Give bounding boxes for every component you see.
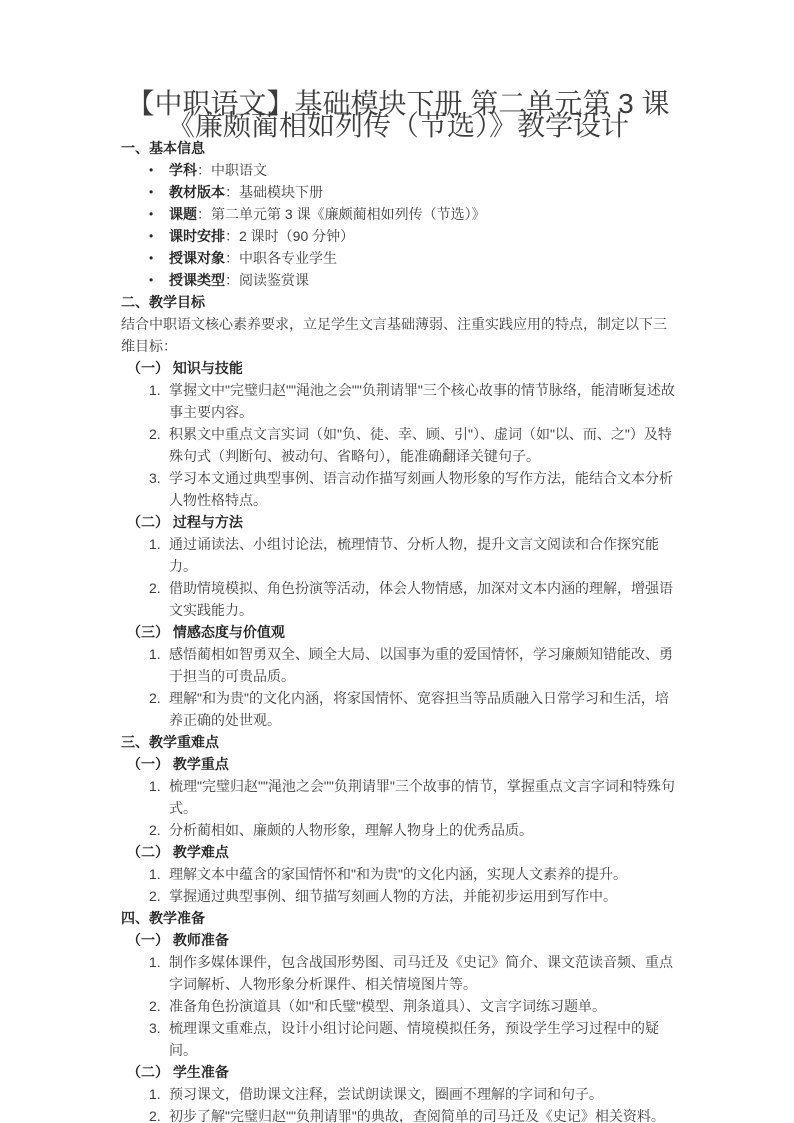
numbered-list: 1. 预习课文，借助课文注释，尝试朗读课文，圈画不理解的字词和句子。 2. 初步…: [121, 1083, 675, 1123]
subsection: （二） 学生准备 1. 预习课文，借助课文注释，尝试朗读课文，圈画不理解的字词和…: [121, 1061, 675, 1123]
item-number: 1.: [149, 863, 161, 885]
numbered-item: 2. 初步了解"完璧归赵""负荆请罪"的典故，查阅简单的司马迁及《史记》相关资料…: [121, 1105, 675, 1123]
bullet-icon: •: [149, 269, 153, 291]
item-text: 感悟蔺相如智勇双全、顾全大局、以国事为重的爱国情怀，学习廉颇知错能改、勇于担当的…: [169, 646, 673, 684]
field-label: 课题: [169, 206, 197, 222]
item-text: 分析蔺相如、廉颇的人物形象，理解人物身上的优秀品质。: [169, 822, 533, 838]
item-text: 准备角色扮演道具（如"和氏璧"模型、荆条道具）、文言字词练习题单。: [169, 998, 606, 1014]
numbered-item: 3. 梳理课文重难点，设计小组讨论问题、情境模拟任务，预设学生学习过程中的疑问。: [121, 1017, 675, 1061]
subsection: （三） 情感态度与价值观 1. 感悟蔺相如智勇双全、顾全大局、以国事为重的爱国情…: [121, 621, 675, 731]
subsection-heading: （一） 教师准备: [127, 929, 675, 951]
section-heading: 二、教学目标: [121, 291, 675, 313]
item-number: 1.: [149, 533, 161, 555]
item-number: 3.: [149, 1017, 161, 1039]
item-number: 2.: [149, 577, 161, 599]
field-value: ：中职语文: [197, 162, 267, 178]
bullet-list: • 学科：中职语文 • 教材版本：基础模块下册 • 课题：第二单元第 3 课《廉…: [121, 159, 675, 291]
subsection: （一） 教学重点 1. 梳理"完璧归赵""渑池之会""负荆请罪"三个故事的情节，…: [121, 753, 675, 841]
item-number: 2.: [149, 885, 161, 907]
item-text: 梳理"完璧归赵""渑池之会""负荆请罪"三个故事的情节，掌握重点文言字词和特殊句…: [169, 778, 675, 816]
info-list-item: • 学科：中职语文: [121, 159, 675, 181]
numbered-item: 2. 积累文中重点文言实词（如"负、徒、幸、顾、引"）、虚词（如"以、而、之"）…: [121, 423, 675, 467]
item-text: 预习课文，借助课文注释，尝试朗读课文，圈画不理解的字词和句子。: [169, 1086, 603, 1102]
item-text: 梳理课文重难点，设计小组讨论问题、情境模拟任务，预设学生学习过程中的疑问。: [169, 1020, 659, 1058]
bullet-icon: •: [149, 225, 153, 247]
numbered-list: 1. 感悟蔺相如智勇双全、顾全大局、以国事为重的爱国情怀，学习廉颇知错能改、勇于…: [121, 643, 675, 731]
item-number: 2.: [149, 1105, 161, 1123]
item-number: 1.: [149, 1083, 161, 1105]
document-section: 一、基本信息 • 学科：中职语文 • 教材版本：基础模块下册 • 课题：第二单元…: [121, 137, 675, 291]
numbered-list: 1. 通过诵读法、小组讨论法，梳理情节、分析人物，提升文言文阅读和合作探究能力。…: [121, 533, 675, 621]
subsection: （二） 教学难点 1. 理解文本中蕴含的家国情怀和"和为贵"的文化内涵，实现人文…: [121, 841, 675, 907]
numbered-item: 1. 预习课文，借助课文注释，尝试朗读课文，圈画不理解的字词和句子。: [121, 1083, 675, 1105]
numbered-list: 1. 梳理"完璧归赵""渑池之会""负荆请罪"三个故事的情节，掌握重点文言字词和…: [121, 775, 675, 841]
item-number: 1.: [149, 379, 161, 401]
field-value: ：第二单元第 3 课《廉颇蔺相如列传（节选）》: [197, 206, 486, 222]
field-value: ：2 课时（90 分钟）: [225, 228, 354, 244]
numbered-item: 2. 准备角色扮演道具（如"和氏璧"模型、荆条道具）、文言字词练习题单。: [121, 995, 675, 1017]
numbered-list: 1. 制作多媒体课件，包含战国形势图、司马迁及《史记》简介、课文范读音频、重点字…: [121, 951, 675, 1061]
field-label: 授课类型: [169, 272, 225, 288]
numbered-item: 1. 感悟蔺相如智勇双全、顾全大局、以国事为重的爱国情怀，学习廉颇知错能改、勇于…: [121, 643, 675, 687]
bullet-icon: •: [149, 159, 153, 181]
numbered-item: 1. 制作多媒体课件，包含战国形势图、司马迁及《史记》简介、课文范读音频、重点字…: [121, 951, 675, 995]
document-title: 【中职语文】基础模块下册 第二单元第 3 课《廉颇蔺相如列传（节选）》教学设计: [121, 93, 675, 137]
item-text: 初步了解"完璧归赵""负荆请罪"的典故，查阅简单的司马迁及《史记》相关资料。: [169, 1108, 665, 1123]
item-text: 通过诵读法、小组讨论法，梳理情节、分析人物，提升文言文阅读和合作探究能力。: [169, 536, 659, 574]
bullet-icon: •: [149, 181, 153, 203]
info-list-item: • 授课对象：中职各专业学生: [121, 247, 675, 269]
info-list-item: • 教材版本：基础模块下册: [121, 181, 675, 203]
info-list-item: • 授课类型：阅读鉴赏课: [121, 269, 675, 291]
subsection-heading: （三） 情感态度与价值观: [127, 621, 675, 643]
item-text: 借助情境模拟、角色扮演等活动，体会人物情感，加深对文本内涵的理解，增强语文实践能…: [169, 580, 673, 618]
numbered-item: 2. 掌握通过典型事例、细节描写刻画人物的方法，并能初步运用到写作中。: [121, 885, 675, 907]
section-heading: 三、教学重难点: [121, 731, 675, 753]
item-number: 2.: [149, 687, 161, 709]
item-text: 制作多媒体课件，包含战国形势图、司马迁及《史记》简介、课文范读音频、重点字词解析…: [169, 954, 673, 992]
numbered-item: 1. 梳理"完璧归赵""渑池之会""负荆请罪"三个故事的情节，掌握重点文言字词和…: [121, 775, 675, 819]
field-value: ：阅读鉴赏课: [225, 272, 309, 288]
info-list-item: • 课题：第二单元第 3 课《廉颇蔺相如列传（节选）》: [121, 203, 675, 225]
section-heading: 四、教学准备: [121, 907, 675, 929]
subsection-heading: （一） 教学重点: [127, 753, 675, 775]
item-number: 2.: [149, 995, 161, 1017]
numbered-item: 1. 掌握文中"完璧归赵""渑池之会""负荆请罪"三个核心故事的情节脉络，能清晰…: [121, 379, 675, 423]
item-number: 1.: [149, 951, 161, 973]
numbered-item: 2. 分析蔺相如、廉颇的人物形象，理解人物身上的优秀品质。: [121, 819, 675, 841]
bullet-icon: •: [149, 203, 153, 225]
field-label: 教材版本: [169, 184, 225, 200]
info-list-item: • 课时安排：2 课时（90 分钟）: [121, 225, 675, 247]
subsection: （一） 知识与技能 1. 掌握文中"完璧归赵""渑池之会""负荆请罪"三个核心故…: [121, 357, 675, 511]
numbered-item: 1. 理解文本中蕴含的家国情怀和"和为贵"的文化内涵，实现人文素养的提升。: [121, 863, 675, 885]
bullet-icon: •: [149, 247, 153, 269]
subsection-heading: （二） 教学难点: [127, 841, 675, 863]
item-text: 理解文本中蕴含的家国情怀和"和为贵"的文化内涵，实现人文素养的提升。: [169, 866, 627, 882]
item-text: 掌握通过典型事例、细节描写刻画人物的方法，并能初步运用到写作中。: [169, 888, 617, 904]
field-value: ：基础模块下册: [225, 184, 323, 200]
numbered-item: 2. 借助情境模拟、角色扮演等活动，体会人物情感，加深对文本内涵的理解，增强语文…: [121, 577, 675, 621]
item-text: 积累文中重点文言实词（如"负、徒、幸、顾、引"）、虚词（如"以、而、之"）及特殊…: [169, 426, 672, 464]
item-text: 学习本文通过典型事例、语言动作描写刻画人物形象的写作方法，能结合文本分析人物性格…: [169, 470, 673, 508]
document-body: 一、基本信息 • 学科：中职语文 • 教材版本：基础模块下册 • 课题：第二单元…: [121, 137, 675, 1123]
item-number: 1.: [149, 775, 161, 797]
field-label: 授课对象: [169, 250, 225, 266]
subsection: （二） 过程与方法 1. 通过诵读法、小组讨论法，梳理情节、分析人物，提升文言文…: [121, 511, 675, 621]
subsection-group: （一） 教学重点 1. 梳理"完璧归赵""渑池之会""负荆请罪"三个故事的情节，…: [121, 753, 675, 907]
item-number: 3.: [149, 467, 161, 489]
document-section: 四、教学准备 （一） 教师准备 1. 制作多媒体课件，包含战国形势图、司马迁及《…: [121, 907, 675, 1123]
document-page: 【中职语文】基础模块下册 第二单元第 3 课《廉颇蔺相如列传（节选）》教学设计 …: [0, 0, 794, 1123]
section-intro: 结合中职语文核心素养要求，立足学生文言基础薄弱、注重实践应用的特点，制定以下三维…: [121, 313, 675, 357]
document-section: 二、教学目标 结合中职语文核心素养要求，立足学生文言基础薄弱、注重实践应用的特点…: [121, 291, 675, 731]
field-value: ：中职各专业学生: [225, 250, 337, 266]
numbered-item: 3. 学习本文通过典型事例、语言动作描写刻画人物形象的写作方法，能结合文本分析人…: [121, 467, 675, 511]
item-text: 理解"和为贵"的文化内涵，将家国情怀、宽容担当等品质融入日常学习和生活，培养正确…: [169, 690, 669, 728]
numbered-item: 2. 理解"和为贵"的文化内涵，将家国情怀、宽容担当等品质融入日常学习和生活，培…: [121, 687, 675, 731]
document-section: 三、教学重难点 （一） 教学重点 1. 梳理"完璧归赵""渑池之会""负荆请罪"…: [121, 731, 675, 907]
item-text: 掌握文中"完璧归赵""渑池之会""负荆请罪"三个核心故事的情节脉络，能清晰复述故…: [169, 382, 675, 420]
field-label: 学科: [169, 162, 197, 178]
subsection-heading: （二） 学生准备: [127, 1061, 675, 1083]
subsection-heading: （一） 知识与技能: [127, 357, 675, 379]
item-number: 1.: [149, 643, 161, 665]
numbered-item: 1. 通过诵读法、小组讨论法，梳理情节、分析人物，提升文言文阅读和合作探究能力。: [121, 533, 675, 577]
item-number: 2.: [149, 819, 161, 841]
numbered-list: 1. 理解文本中蕴含的家国情怀和"和为贵"的文化内涵，实现人文素养的提升。 2.…: [121, 863, 675, 907]
item-number: 2.: [149, 423, 161, 445]
subsection: （一） 教师准备 1. 制作多媒体课件，包含战国形势图、司马迁及《史记》简介、课…: [121, 929, 675, 1061]
subsection-heading: （二） 过程与方法: [127, 511, 675, 533]
subsection-group: （一） 知识与技能 1. 掌握文中"完璧归赵""渑池之会""负荆请罪"三个核心故…: [121, 357, 675, 731]
numbered-list: 1. 掌握文中"完璧归赵""渑池之会""负荆请罪"三个核心故事的情节脉络，能清晰…: [121, 379, 675, 511]
field-label: 课时安排: [169, 228, 225, 244]
subsection-group: （一） 教师准备 1. 制作多媒体课件，包含战国形势图、司马迁及《史记》简介、课…: [121, 929, 675, 1123]
